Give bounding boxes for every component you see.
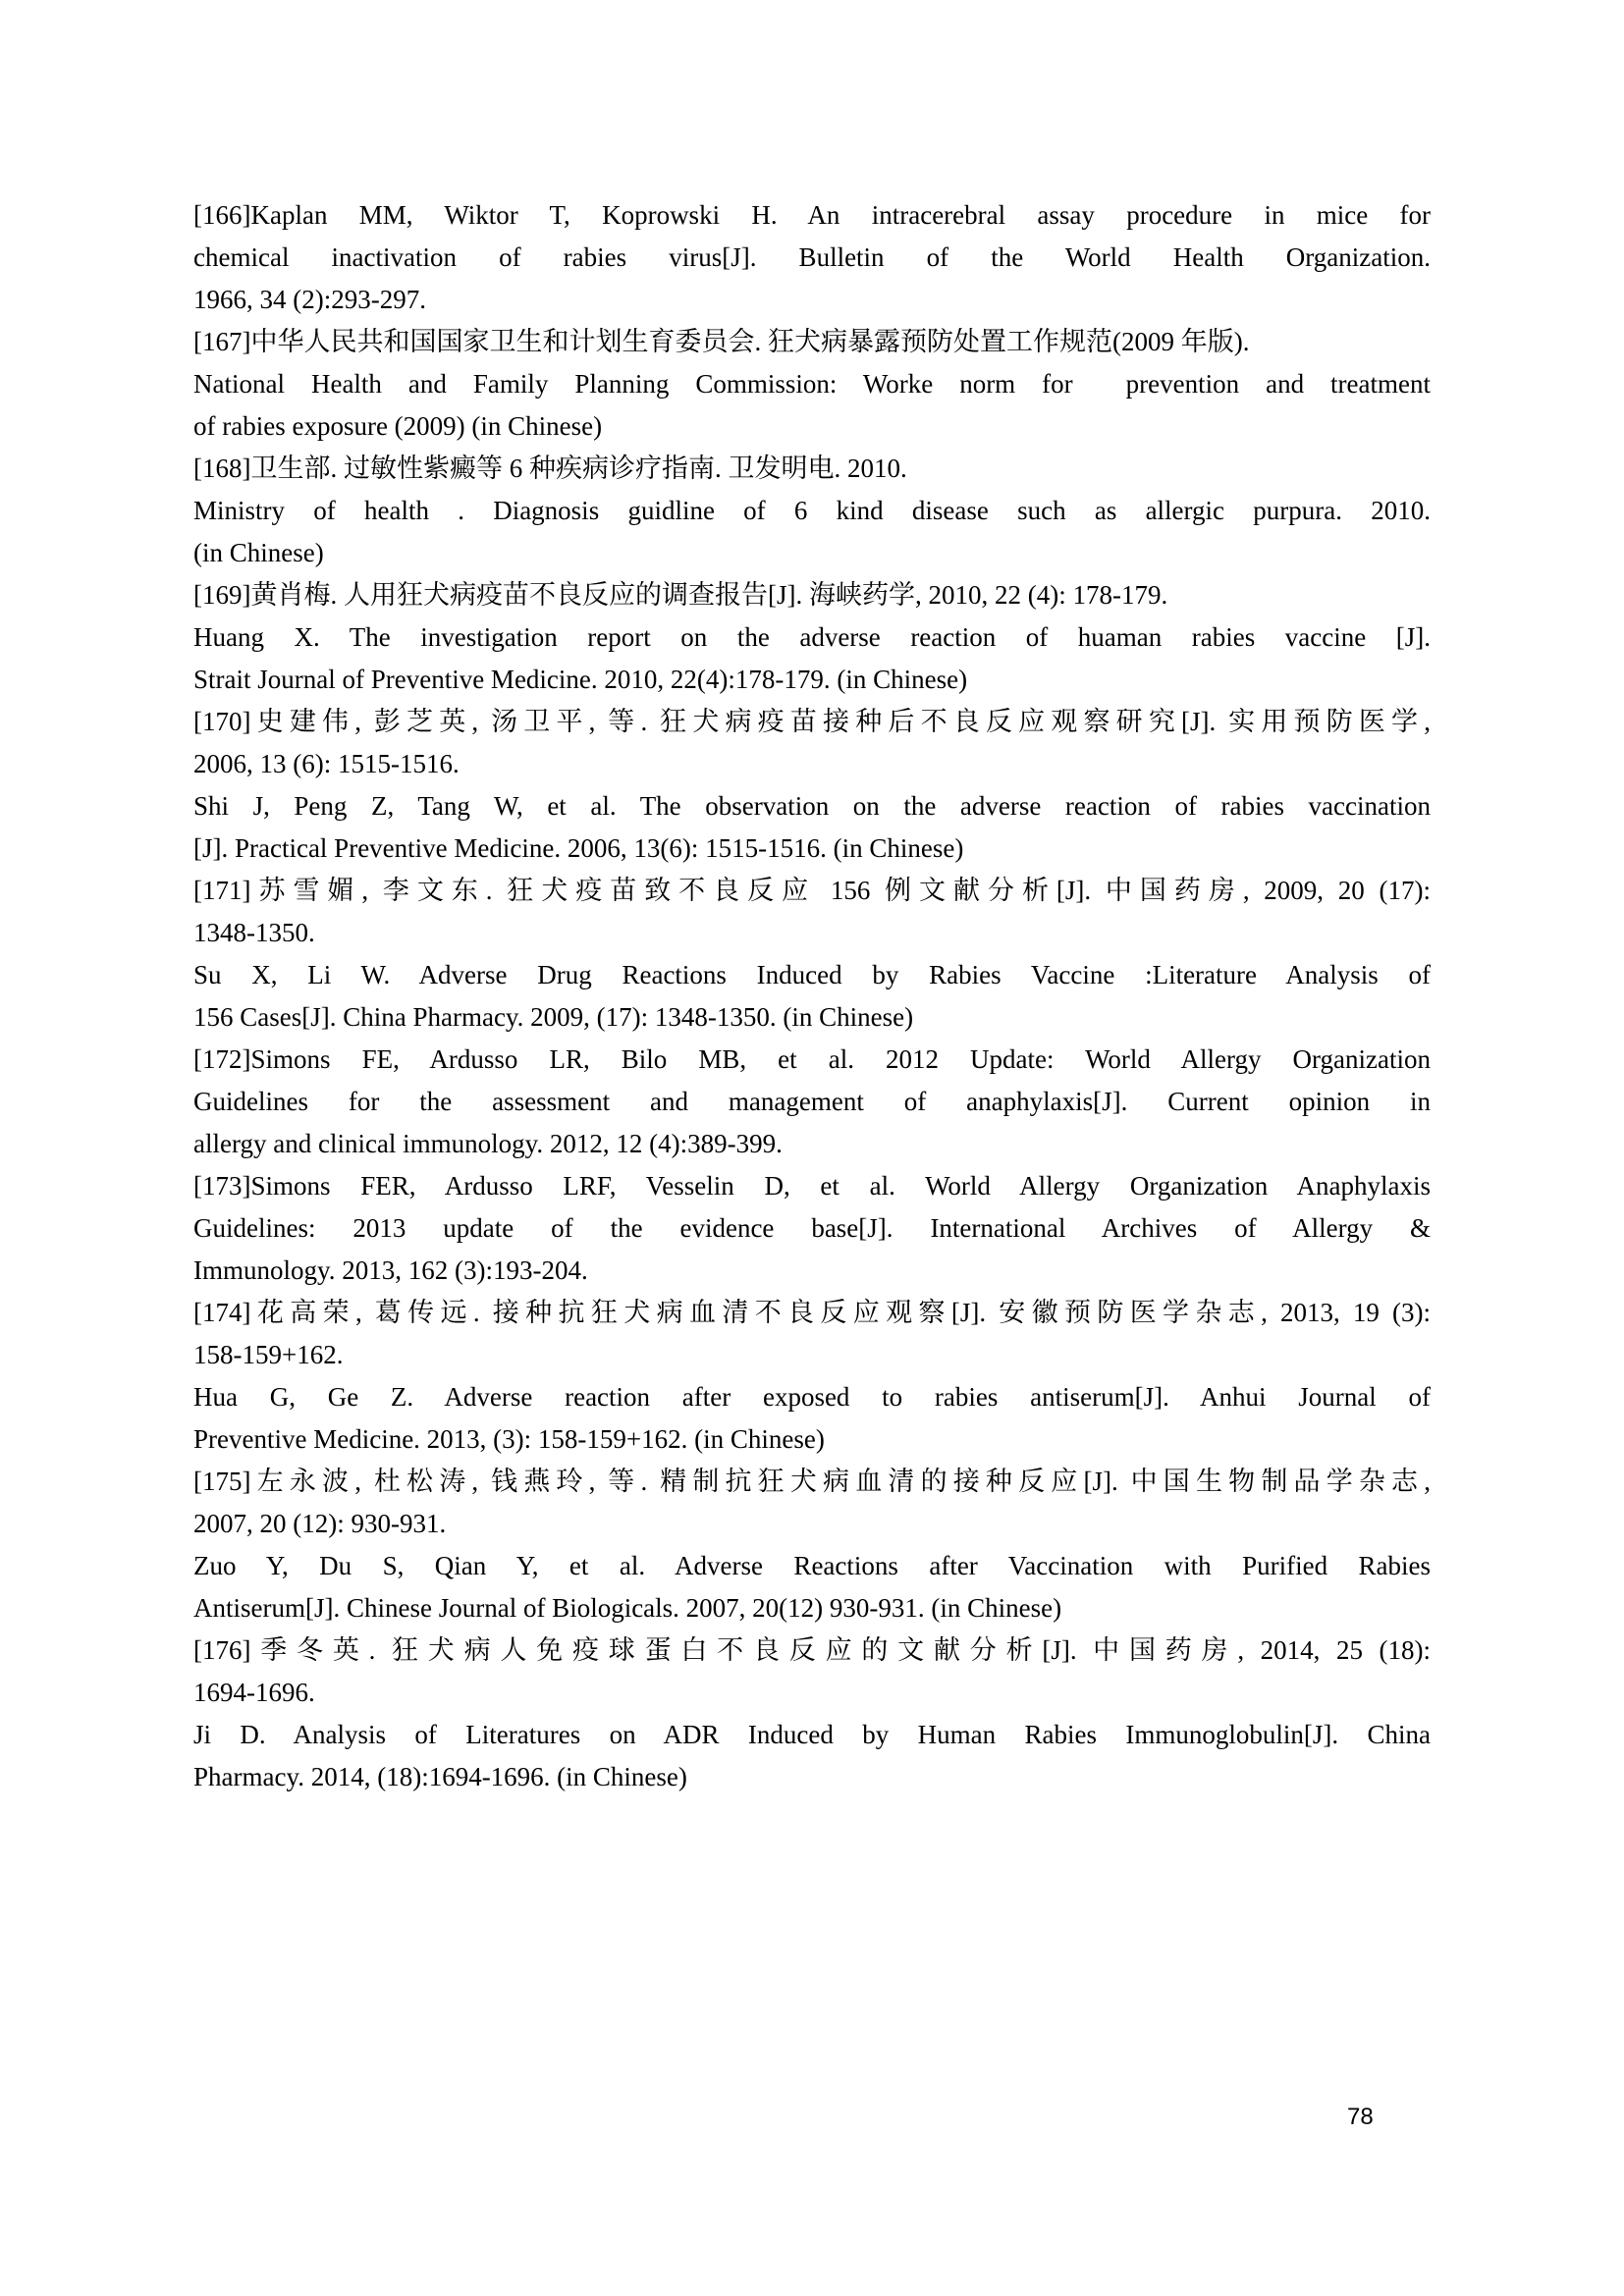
reference-line: Guidelines: 2013 update of the evidence … bbox=[193, 1207, 1431, 1250]
reference-line: Hua G, Ge Z. Adverse reaction after expo… bbox=[193, 1376, 1431, 1418]
reference-line: 1694-1696. bbox=[193, 1672, 1431, 1714]
reference-line: [168]卫生部. 过敏性紫癜等 6 种疾病诊疗指南. 卫发明电. 2010. bbox=[193, 448, 1431, 490]
page-number: 78 bbox=[1347, 2103, 1374, 2132]
reference-line: Ji D. Analysis of Literatures on ADR Ind… bbox=[193, 1714, 1431, 1756]
reference-entry: [167]中华人民共和国国家卫生和计划生育委员会. 狂犬病暴露预防处置工作规范(… bbox=[193, 321, 1431, 448]
reference-line: 156 Cases[J]. China Pharmacy. 2009, (17)… bbox=[193, 996, 1431, 1039]
reference-line: Antiserum[J]. Chinese Journal of Biologi… bbox=[193, 1587, 1431, 1629]
reference-entry: [174]花高荣, 葛传远. 接种抗狂犬病血清不良反应观察[J]. 安徽预防医学… bbox=[193, 1292, 1431, 1461]
reference-line: [171]苏雪媚, 李文东. 狂犬疫苗致不良反应 156 例文献分析[J]. 中… bbox=[193, 870, 1431, 912]
reference-line: [174]花高荣, 葛传远. 接种抗狂犬病血清不良反应观察[J]. 安徽预防医学… bbox=[193, 1292, 1431, 1334]
reference-line: Huang X. The investigation report on the… bbox=[193, 616, 1431, 659]
reference-entry: [169]黄肖梅. 人用狂犬病疫苗不良反应的调查报告[J]. 海峡药学, 201… bbox=[193, 574, 1431, 701]
reference-entry: [176]季冬英. 狂犬病人免疫球蛋白不良反应的文献分析[J]. 中国药房, 2… bbox=[193, 1629, 1431, 1798]
reference-line: 158-159+162. bbox=[193, 1334, 1431, 1376]
reference-line: Guidelines for the assessment and manage… bbox=[193, 1081, 1431, 1123]
reference-line: Su X, Li W. Adverse Drug Reactions Induc… bbox=[193, 954, 1431, 996]
reference-line: 2006, 13 (6): 1515-1516. bbox=[193, 743, 1431, 785]
reference-line: [J]. Practical Preventive Medicine. 2006… bbox=[193, 828, 1431, 870]
reference-line: [169]黄肖梅. 人用狂犬病疫苗不良反应的调查报告[J]. 海峡药学, 201… bbox=[193, 574, 1431, 616]
reference-line: 1348-1350. bbox=[193, 912, 1431, 954]
reference-entry: [172]Simons FE, Ardusso LR, Bilo MB, et … bbox=[193, 1039, 1431, 1165]
reference-line: [166]Kaplan MM, Wiktor T, Koprowski H. A… bbox=[193, 194, 1431, 237]
reference-line: Shi J, Peng Z, Tang W, et al. The observ… bbox=[193, 785, 1431, 828]
reference-line: chemical inactivation of rabies virus[J]… bbox=[193, 237, 1431, 279]
reference-line: [176]季冬英. 狂犬病人免疫球蛋白不良反应的文献分析[J]. 中国药房, 2… bbox=[193, 1629, 1431, 1672]
reference-entry: [175]左永波, 杜松涛, 钱燕玲, 等. 精制抗狂犬病血清的接种反应[J].… bbox=[193, 1461, 1431, 1629]
reference-line: 2007, 20 (12): 930-931. bbox=[193, 1503, 1431, 1545]
document-page: [166]Kaplan MM, Wiktor T, Koprowski H. A… bbox=[0, 0, 1624, 2296]
reference-entry: [166]Kaplan MM, Wiktor T, Koprowski H. A… bbox=[193, 194, 1431, 321]
reference-entry: [171]苏雪媚, 李文东. 狂犬疫苗致不良反应 156 例文献分析[J]. 中… bbox=[193, 870, 1431, 1039]
reference-line: Pharmacy. 2014, (18):1694-1696. (in Chin… bbox=[193, 1756, 1431, 1798]
reference-line: of rabies exposure (2009) (in Chinese) bbox=[193, 405, 1431, 448]
reference-line: [173]Simons FER, Ardusso LRF, Vesselin D… bbox=[193, 1165, 1431, 1207]
references-list: [166]Kaplan MM, Wiktor T, Koprowski H. A… bbox=[193, 194, 1431, 1798]
reference-line: National Health and Family Planning Comm… bbox=[193, 363, 1431, 405]
reference-line: [170]史建伟, 彭芝英, 汤卫平, 等. 狂犬病疫苗接种后不良反应观察研究[… bbox=[193, 701, 1431, 743]
reference-line: [167]中华人民共和国国家卫生和计划生育委员会. 狂犬病暴露预防处置工作规范(… bbox=[193, 321, 1431, 363]
reference-line: [172]Simons FE, Ardusso LR, Bilo MB, et … bbox=[193, 1039, 1431, 1081]
reference-line: Zuo Y, Du S, Qian Y, et al. Adverse Reac… bbox=[193, 1545, 1431, 1587]
reference-line: Preventive Medicine. 2013, (3): 158-159+… bbox=[193, 1418, 1431, 1461]
reference-line: allergy and clinical immunology. 2012, 1… bbox=[193, 1123, 1431, 1165]
reference-entry: [173]Simons FER, Ardusso LRF, Vesselin D… bbox=[193, 1165, 1431, 1292]
reference-entry: [168]卫生部. 过敏性紫癜等 6 种疾病诊疗指南. 卫发明电. 2010.M… bbox=[193, 448, 1431, 574]
reference-line: [175]左永波, 杜松涛, 钱燕玲, 等. 精制抗狂犬病血清的接种反应[J].… bbox=[193, 1461, 1431, 1503]
reference-line: (in Chinese) bbox=[193, 532, 1431, 574]
reference-line: 1966, 34 (2):293-297. bbox=[193, 279, 1431, 321]
reference-line: Ministry of health . Diagnosis guidline … bbox=[193, 490, 1431, 532]
reference-line: Immunology. 2013, 162 (3):193-204. bbox=[193, 1250, 1431, 1292]
reference-line: Strait Journal of Preventive Medicine. 2… bbox=[193, 659, 1431, 701]
reference-entry: [170]史建伟, 彭芝英, 汤卫平, 等. 狂犬病疫苗接种后不良反应观察研究[… bbox=[193, 701, 1431, 870]
